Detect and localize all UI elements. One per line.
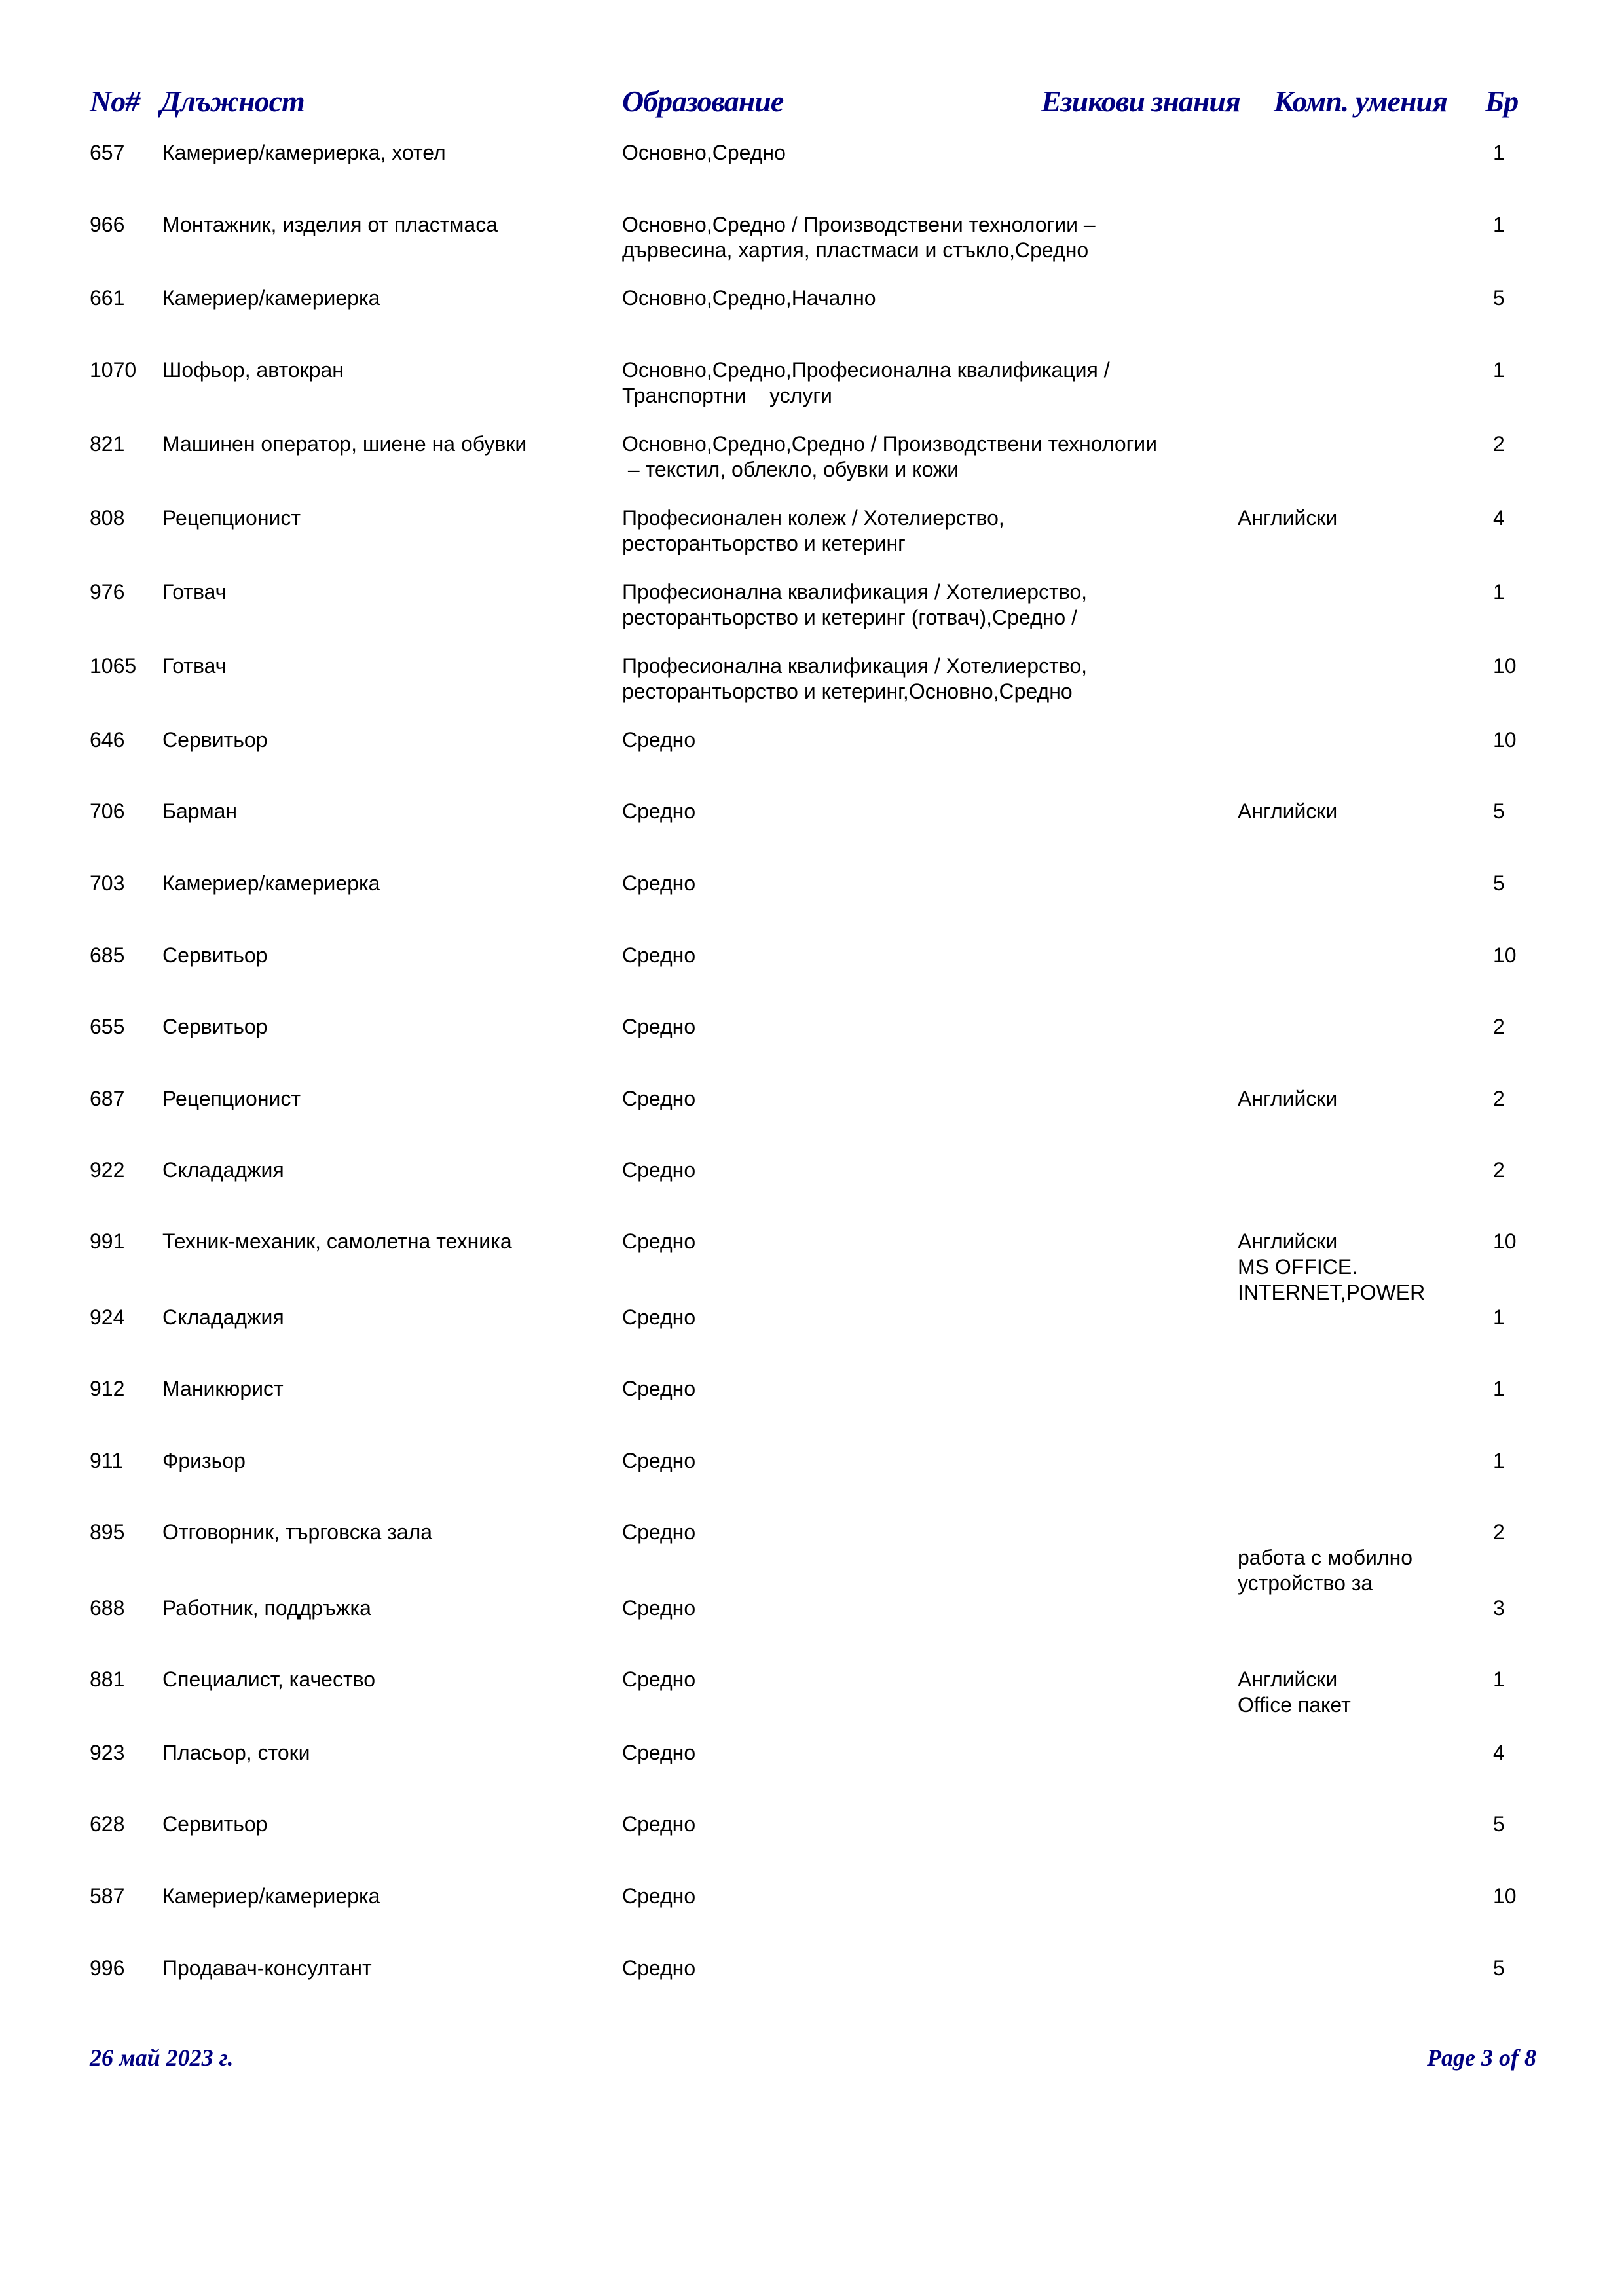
row-count: 2 [1493, 1157, 1505, 1183]
row-education: Средно [622, 1448, 695, 1474]
row-count: 1 [1493, 357, 1505, 383]
row-count: 4 [1493, 505, 1505, 531]
row-position: Специалист, качество [162, 1667, 375, 1692]
row-count: 1 [1493, 579, 1505, 605]
row-education: Средно [622, 1812, 695, 1837]
row-count: 10 [1493, 1884, 1517, 1909]
row-count: 5 [1493, 799, 1505, 824]
row-position: Отговорник, търговска зала [162, 1520, 432, 1545]
row-count: 10 [1493, 1229, 1517, 1254]
row-number: 808 [90, 505, 124, 531]
row-position: Камериер/камериерка [162, 871, 380, 896]
header-no: No# [90, 84, 139, 118]
row-position: Работник, поддръжка [162, 1595, 371, 1621]
row-education: Средно [622, 1740, 695, 1766]
row-education: Основно,Средно / Производствени технолог… [622, 212, 1096, 263]
row-number: 685 [90, 943, 124, 968]
row-count: 1 [1493, 1448, 1505, 1474]
row-education: Средно [622, 1595, 695, 1621]
row-number: 687 [90, 1086, 124, 1112]
header-count: Бр [1485, 84, 1518, 118]
row-number: 996 [90, 1956, 124, 1981]
row-position: Рецепционист [162, 505, 301, 531]
row-number: 991 [90, 1229, 124, 1254]
row-position: Рецепционист [162, 1086, 301, 1112]
row-number: 646 [90, 727, 124, 753]
row-count: 10 [1493, 653, 1517, 679]
footer-page-number: Page 3 of 8 [1427, 2044, 1536, 2071]
row-position: Барман [162, 799, 237, 824]
row-education: Средно [622, 943, 695, 968]
row-position: Камериер/камериерка, хотел [162, 140, 446, 166]
row-position: Шофьор, автокран [162, 357, 344, 383]
row-education: Основно,Средно [622, 140, 786, 166]
row-education: Основно,Средно,Средно / Производствени т… [622, 431, 1157, 483]
row-languages-skills: Английски MS OFFICE. INTERNET,POWER [1238, 1229, 1425, 1305]
row-education: Средно [622, 1884, 695, 1909]
row-education: Средно [622, 1667, 695, 1692]
row-count: 2 [1493, 1086, 1505, 1112]
row-number: 1070 [90, 357, 136, 383]
row-number: 966 [90, 212, 124, 238]
row-number: 657 [90, 140, 124, 166]
row-count: 2 [1493, 431, 1505, 457]
row-education: Средно [622, 1956, 695, 1981]
row-position: Сервитьор [162, 1014, 268, 1040]
row-languages-skills: Английски Office пакет [1238, 1667, 1351, 1718]
row-position: Машинен оператор, шиене на обувки [162, 431, 526, 457]
header-languages: Езикови знания [1041, 84, 1240, 118]
row-count: 10 [1493, 727, 1517, 753]
row-position: Склададжия [162, 1305, 284, 1330]
row-education: Средно [622, 1376, 695, 1402]
row-position: Фризьор [162, 1448, 246, 1474]
row-count: 2 [1493, 1520, 1505, 1545]
row-education: Средно [622, 1229, 695, 1254]
row-position: Техник-механик, самолетна техника [162, 1229, 512, 1254]
row-languages-skills: Английски [1238, 1086, 1337, 1112]
row-count: 1 [1493, 1667, 1505, 1692]
row-education: Средно [622, 727, 695, 753]
row-count: 5 [1493, 871, 1505, 896]
row-count: 1 [1493, 1305, 1505, 1330]
row-position: Монтажник, изделия от пластмаса [162, 212, 498, 238]
row-position: Пласьор, стоки [162, 1740, 310, 1766]
row-position: Сервитьор [162, 1812, 268, 1837]
row-number: 661 [90, 285, 124, 311]
row-position: Камериер/камериерка [162, 1884, 380, 1909]
row-education: Средно [622, 1520, 695, 1545]
row-education: Професионален колеж / Хотелиерство, рест… [622, 505, 1005, 556]
footer-date: 26 май 2023 г. [90, 2044, 234, 2071]
row-number: 703 [90, 871, 124, 896]
row-languages-skills: Английски [1238, 799, 1337, 824]
row-education: Професионална квалификация / Хотелиерств… [622, 653, 1087, 704]
row-number: 895 [90, 1520, 124, 1545]
row-position: Готвач [162, 653, 226, 679]
row-education: Средно [622, 871, 695, 896]
row-education: Средно [622, 799, 695, 824]
row-count: 5 [1493, 1812, 1505, 1837]
row-education: Средно [622, 1157, 695, 1183]
row-education: Основно,Средно,Професионална квалификаци… [622, 357, 1110, 409]
row-number: 821 [90, 431, 124, 457]
row-position: Камериер/камериерка [162, 285, 380, 311]
row-position: Готвач [162, 579, 226, 605]
row-number: 911 [90, 1448, 123, 1474]
row-count: 1 [1493, 140, 1505, 166]
row-number: 924 [90, 1305, 124, 1330]
row-number: 688 [90, 1595, 124, 1621]
row-count: 1 [1493, 212, 1505, 238]
row-number: 628 [90, 1812, 124, 1837]
row-languages-skills: Английски [1238, 505, 1337, 531]
row-languages-skills: работа с мобилно устройство за [1238, 1520, 1412, 1596]
row-education: Средно [622, 1305, 695, 1330]
row-education: Средно [622, 1086, 695, 1112]
row-education: Основно,Средно,Начално [622, 285, 876, 311]
row-count: 5 [1493, 1956, 1505, 1981]
row-position: Маникюрист [162, 1376, 284, 1402]
row-count: 5 [1493, 285, 1505, 311]
row-count: 4 [1493, 1740, 1505, 1766]
row-number: 912 [90, 1376, 124, 1402]
row-position: Продавач-консултант [162, 1956, 372, 1981]
row-number: 976 [90, 579, 124, 605]
row-count: 10 [1493, 943, 1517, 968]
header-education: Образование [622, 84, 783, 118]
row-number: 655 [90, 1014, 124, 1040]
row-number: 923 [90, 1740, 124, 1766]
row-count: 2 [1493, 1014, 1505, 1040]
header-position: Длъжност [160, 84, 304, 118]
row-education: Професионална квалификация / Хотелиерств… [622, 579, 1087, 630]
row-number: 706 [90, 799, 124, 824]
row-number: 922 [90, 1157, 124, 1183]
row-number: 587 [90, 1884, 124, 1909]
row-number: 881 [90, 1667, 124, 1692]
header-computer-skills: Комп. умения [1274, 84, 1447, 118]
row-position: Сервитьор [162, 727, 268, 753]
row-education: Средно [622, 1014, 695, 1040]
row-position: Склададжия [162, 1157, 284, 1183]
row-position: Сервитьор [162, 943, 268, 968]
row-number: 1065 [90, 653, 136, 679]
document-page: No# Длъжност Образование Езикови знания … [0, 0, 1624, 2296]
row-count: 3 [1493, 1595, 1505, 1621]
row-count: 1 [1493, 1376, 1505, 1402]
